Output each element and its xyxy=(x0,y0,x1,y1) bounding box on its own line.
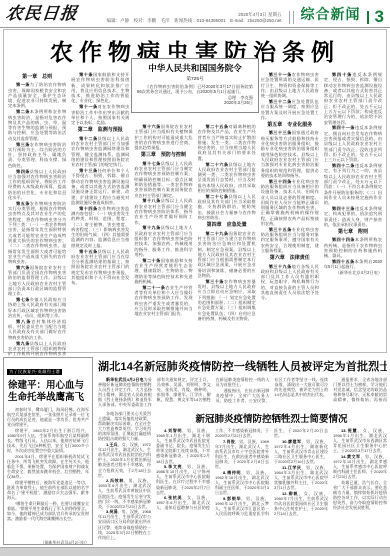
paragraph: 第二条本条例所称农作物病虫害防治，是指对危害农作物及其产品的病、虫、草、鼠等有害… xyxy=(8,109,66,141)
paragraph: 第三十三条国家通过政府购买服务等方式鼓励和扶持专业化病虫害防治服务组织，鼓励专业… xyxy=(261,130,319,178)
paragraph: 2.冯效林，男，汉族，1953年6月出生，湖北武汉人，生前系武汉市黄陂区中医医院… xyxy=(98,478,151,509)
paragraph: 5.李文亮，男，汉族，1986年10月出生，辽宁锦州人，生前系武汉市中心医院眼科… xyxy=(156,464,210,495)
page-header: 农民日报 2020年4月3日 星期五 编辑：卢静 校对：李鹏 毛洋 新闻热线：0… xyxy=(0,0,390,26)
paragraph: 2001年4月，徐建平在组织新机改装试飞任务中，所驾飞机突发故障。在生死关头，他… xyxy=(7,454,89,479)
regulation-column-2: 第十条国家鼓励和支持开展农作物病虫害防治科技创新、成果转化和依法推广应用，普及应… xyxy=(71,72,129,356)
bottom-section: 为了民族复兴·英雄烈士谱 徐建平：用心血与生命托举战鹰高飞 初春时节，鹭岛厦门，… xyxy=(3,357,387,545)
section-bar xyxy=(367,11,369,24)
paragraph: 3.吴涌，男，汉族，1968年11月出生，生前系武汉市公安局硚口区分局利济派出所… xyxy=(98,509,151,540)
paragraph: 13.倪慧，女，汉族，1996年1月出生，湖北武汉人，生前系武汉市东西湖区常青花… xyxy=(333,428,387,453)
editor-line: 编辑：卢静 校对：李鹏 毛洋 新闻热线：010-84395001 E-mail：… xyxy=(107,18,282,24)
martyrs-intro: 新华社武汉4月2日电为妥善做好新冠肺炎疫情防控牺牲人员烈士评定工作，大力弘扬烈士… xyxy=(98,377,387,408)
header-divider xyxy=(289,11,294,24)
paragraph: 第七条乡镇人民政府应当协助上级人民政府有关部门做好本行政区域农作物病虫害防治宣传… xyxy=(8,297,66,318)
regulation-column-5: 第三十一条农作物病虫害应急处置所需的交通运输、医疗卫生、物资和资金保障等工作，由… xyxy=(261,72,319,356)
order-body: 《农作物病虫害防治条例》已经2020年3月17日国务院第86次常务会议通过，现予… xyxy=(137,84,253,95)
paragraph: 第三十九条地方各级人民政府和县级以上人民政府有关部门及其工作人员有滥用职权、玩忽… xyxy=(261,264,319,301)
paragraph: 第五条农作物病虫害防治实行分类管理，根据农作物病虫害特点及其对农业生产的危害程度… xyxy=(8,201,66,265)
regulation-article: 农作物病虫害防治条例 第一章 总则第一条为了防治农作物病虫害，保障国家粮食安全和… xyxy=(3,29,387,353)
paragraph: 初春时节，鹭岛厦门，海风轻拂。在海军航空兵某部史馆里，一张张照片记录着一位飞行员… xyxy=(7,407,89,427)
regulation-columns: 第一章 总则第一条为了防治农作物病虫害，保障国家粮食安全和农产品质量安全，保护生… xyxy=(8,72,382,356)
paragraph: 10.廖建军，男，汉族，1972年4月出生，湖南新化人，生前系武汉市青山区建设二… xyxy=(274,439,328,464)
paragraph: 第四十一条违反本条例规定，擅自向社会发布农作物病虫害预报或者灾情信息的，由县级以… xyxy=(324,125,382,162)
paragraph: “哪怕生命只剩最后一秒，也要让战鹰安全着陆。”徐建平用生命践行了军人的铮铮誓言。… xyxy=(7,501,89,521)
paragraph: 各地各部门要关心关爱烈士遗属，落实抚恤优待政策，帮助解决实际困难，在全社会大力营… xyxy=(98,411,151,442)
hero-body: 初春时节，鹭岛厦门，海风轻拂。在海军航空兵某部史馆里，一张张照片记录着一位飞行员… xyxy=(7,407,89,539)
paragraph: 第三十一条农作物病虫害应急处置所需的交通运输、医疗卫生、物资和资金保障等工作，由… xyxy=(261,72,319,98)
paragraph: 第四条县级以上人民政府应当加强对农作物病虫害防治工作的组织领导，将防治工作经费纳… xyxy=(8,169,66,201)
paragraph: 第十五条县级以上人民政府农业农村主管部门应当在综合分析监测结果的基础上，按照国务… xyxy=(71,249,129,286)
section-label: 综合新闻 xyxy=(301,4,361,24)
paragraph: 第一条为了防治农作物病虫害，保障国家粮食安全和农产品质量安全，保护生态环境，促进… xyxy=(8,82,66,108)
column-banner: 为了民族复兴·英雄烈士谱 xyxy=(7,369,62,375)
paragraph: 第三十五条专业化病虫害防治服务组织应当与服务对象约定服务事项，遵守国家有关农药安… xyxy=(261,227,319,253)
chapter-heading: 第七章 附则 xyxy=(324,230,382,235)
martyrs-article: 湖北14名新冠肺炎疫情防控一线牺牲人员被评定为首批烈士 新华社武汉4月2日电为妥… xyxy=(98,357,387,545)
regulation-column-1: 第一章 总则第一条为了防治农作物病虫害，保障国家粮食安全和农产品质量安全，保护生… xyxy=(8,72,66,356)
hero-headline: 徐建平：用心血与生命托举战鹰高飞 xyxy=(8,381,88,404)
state-council-order-box: 中华人民共和国国务院令 第725号 《农作物病虫害防治条例》已经2020年3月1… xyxy=(131,58,259,113)
paragraph: 8.梅仲明，男，汉族，1962年10月出生，湖北武汉人，生前系武汉市中心医院眼科… xyxy=(215,470,269,495)
paragraph: （新华社北京4月2日电） xyxy=(324,270,382,275)
paragraph: 第六条国务院农业农村主管部门负责全国农作物病虫害防治的监督管理工作。县级以上地方… xyxy=(8,265,66,297)
regulation-column-6: 第四十条违反本条例规定，侵占、损毁、拆除、擅自移动农作物病虫害监测设施设备，或者… xyxy=(324,72,382,356)
paragraph: 第三十条农作物病虫害暴发时，县级以上地方人民政府应当立即启动应急响应，采取下列措… xyxy=(198,279,256,321)
chapter-heading: 第四章 应急处置 xyxy=(198,223,256,228)
paragraph: 第三十二条应急处置队伍应当服从统一调度，按照应急处置方案及时开展应急处置工作。 xyxy=(261,99,319,120)
martyrs-headline: 湖北14名新冠肺炎疫情防控一线牺牲人员被评定为首批烈士 xyxy=(98,358,387,374)
paragraph: 第八条农村集体经济组织、村民委员会应当配合当地人民政府及有关部门做好农作物病虫害… xyxy=(8,319,66,340)
chapter-heading: 第五章 专业化服务 xyxy=(261,123,319,128)
martyrs-left-column: 各地各部门要关心关爱烈士遗属，落实抚恤优待政策，帮助解决实际困难，在全社会大力营… xyxy=(98,411,151,545)
order-number: 第725号 xyxy=(137,75,253,82)
paragraph: 第九条县级以上人民政府农业农村主管部门组织植物保护工作机构开展农作物病虫害防治有… xyxy=(8,341,66,356)
page-number: 3 xyxy=(375,10,384,24)
paragraph: 第二十九条国务院农业农村主管部门应当建立农作物病虫害防治应急响应和处置机制，制定… xyxy=(198,231,256,279)
paragraph: 第二十七条县级以上人民政府及其有关部门应当采取措施，支持群防群治、统防统治，鼓励… xyxy=(198,194,256,220)
paragraph: 第四十二条违反本条例规定，有下列行为之一的，由县级以上人民政府农业农村主管部门责… xyxy=(324,163,382,205)
paragraph: 第十九条县级以上地方人民政府农业农村主管部门应当组织推广农作物病虫害绿色防控技术… xyxy=(134,225,192,257)
paragraph: 第四十五条本条例自2020年5月1日起施行。 xyxy=(324,259,382,270)
paragraph: 第二十一条农业生产经营者等有关单位和个人应当做好农作物病虫害预防工作，发现病虫害… xyxy=(134,285,192,317)
paragraph: 第二十条国家鼓励和支持农业生产经营者使用生态治理、健康栽培、生物防治、物理防治等… xyxy=(134,258,192,284)
regulation-column-3: 第十六条国务院农业农村主管部门应当组织有关植物保护工作机构对可能造成重大危害的农… xyxy=(134,72,192,356)
paragraph: 11.江学庆，男，汉族，1964年3月出生，湖北武汉人，生前系武汉市中心医院甲状… xyxy=(274,465,328,490)
order-date: 2020年3月26日 xyxy=(137,100,253,105)
paragraph: 第四十三条违反本条例规定，构成犯罪的，依法追究刑事责任；造成人身、财产损害的，依… xyxy=(324,206,382,227)
martyrs-subheadline: 新冠肺炎疫情防控牺牲烈士简要情况 xyxy=(156,411,387,425)
chapter-heading: 第六章 法律责任 xyxy=(261,256,319,261)
paragraph: 1.王兵，女，汉族，1972年12月出生，湖北武汉人，生前系武汉市武昌医院消化内… xyxy=(98,442,151,478)
header-rule xyxy=(0,27,390,28)
paragraph: 第二十六条县级以上地方人民政府农业农村主管部门监测到一类、二类农作物病虫害呈重发… xyxy=(198,162,256,194)
regulation-column-4: 第二十五条对隔离种植的农作物及其产品，农业生产经营者应当严格落实防止扩散的措施；… xyxy=(198,72,256,356)
chapter-heading: 第一章 总则 xyxy=(8,75,66,80)
paragraph: 英雄已逝，浩气长存。全省广大干部群众表示，要化悲痛为力量，慎终如始抓好疫情防控各… xyxy=(333,480,387,511)
paragraph: 第十八条县级以上人民政府农业农村主管部门应当健全农作物病虫害防治体系，指导农业生… xyxy=(134,198,192,224)
chapter-heading: 第二章 监测与预报 xyxy=(71,128,129,133)
paragraph: 第十一条对在农作物病虫害防治工作中作出突出贡献的单位和个人，按照国家有关规定予以… xyxy=(71,104,129,125)
order-title: 中华人民共和国国务院令 xyxy=(137,62,253,74)
paragraph: 4.刘智明，男，汉族，1969年1月出生，湖北十堰人，生前系武汉市武昌医院党委副… xyxy=(156,428,210,464)
paragraph: 14.黄文军，男，汉族，1972年10月出生，湖北孝感人，生前系孝感市中心医院呼… xyxy=(333,454,387,479)
paragraph: 第十条国家鼓励和支持开展农作物病虫害防治科技创新、成果转化和依法推广应用，普及应… xyxy=(71,72,129,104)
paragraph: 第四十条违反本条例规定，侵占、损毁、拆除、擅自移动农作物病虫害监测设施设备，或者… xyxy=(324,72,382,125)
paragraph: 第三条农作物病虫害防治实行预防为主、综合防治的方针，坚持政府主导、属地负责、分类… xyxy=(8,142,66,168)
hero-credit: （据新华社武汉4月2日电） xyxy=(7,540,89,545)
paragraph: 第三十四条专业化病虫害防治服务组织应当具备相应的设施设备、技术人员、田间作业人员… xyxy=(261,179,319,227)
header-info: 2020年4月3日 星期五 编辑：卢静 校对：李鹏 毛洋 新闻热线：010-84… xyxy=(107,12,282,24)
paragraph: 徐建平牺牲后，被海军党委追记一等功，批准为革命烈士。他生前所在部队以他的名字命名… xyxy=(7,480,89,500)
paragraph: 第二十五条对隔离种植的农作物及其产品，农业生产经营者应当严格落实防止扩散的措施；… xyxy=(198,124,256,161)
paragraph: 12.柳帆，女，汉族，1960年7月出生，生前系武汉市武昌医院梨园街社区卫生服务… xyxy=(274,491,328,516)
martyrs-list: 4.刘智明，男，汉族，1969年1月出生，湖北十堰人，生前系武汉市武昌医院党委副… xyxy=(156,428,387,545)
paragraph: 第四十四条本条例所称农药药械，是指用于农作物病虫害预防控制的农药和施药机械、器具… xyxy=(324,237,382,258)
paragraph: 第十三条任何单位和个人不得侵占、损毁、拆除、擅自移动农作物病虫害监测设施设备，或… xyxy=(71,168,129,205)
paragraph: 7.肖俊，男，汉族，1969年7月出生，湖北武汉人，生前系武汉市红十字会医院普外… xyxy=(215,439,269,470)
paragraph: 第十七条县级以上人民政府农业农村主管部门应当制定农作物病虫害预防控制方案，明确预… xyxy=(134,161,192,198)
hero-martyr-box: 为了民族复兴·英雄烈士谱 徐建平：用心血与生命托举战鹰高飞 初春时节，鹭岛厦门，… xyxy=(3,357,93,545)
page-bottom-margin xyxy=(0,547,390,556)
martyrs-lower: 各地各部门要关心关爱烈士遗属，落实抚恤优待政策，帮助解决实际困难，在全社会大力营… xyxy=(98,411,387,545)
masthead-logo: 农民日报 xyxy=(5,0,80,24)
newspaper-page: 农民日报 2020年4月3日 星期五 编辑：卢静 校对：李鹏 毛洋 新闻热线：0… xyxy=(0,0,390,556)
paragraph: 徐建平，1963年2月出生于浙江绍兴，1980年9月入伍，生前系海军航空兵某师副… xyxy=(7,428,89,453)
martyrs-right-block: 新冠肺炎疫情防控牺牲烈士简要情况 4.刘智明，男，汉族，1969年1月出生，湖北… xyxy=(156,411,387,545)
paragraph: 第十六条国务院农业农村主管部门应当组织有关植物保护工作机构对可能造成重大危害的农… xyxy=(134,124,192,150)
paragraph: 通报要求，全省各地各部门要以烈士为榜样，学习他们对党忠诚、信念坚定的政治品格和恪… xyxy=(333,377,387,408)
paragraph: 第十四条农作物病虫害监测内容包括：（一）病虫害发生的种类、时间、范围、程度；（二… xyxy=(71,206,129,248)
paragraph: 第十二条县级以上人民政府农业农村主管部门应当加强农作物病虫害监测网络建设和管理，… xyxy=(71,136,129,168)
chapter-heading: 第三章 预防与控制 xyxy=(134,153,192,158)
header-right: 2020年4月3日 星期五 编辑：卢静 校对：李鹏 毛洋 新闻热线：010-84… xyxy=(107,4,384,24)
